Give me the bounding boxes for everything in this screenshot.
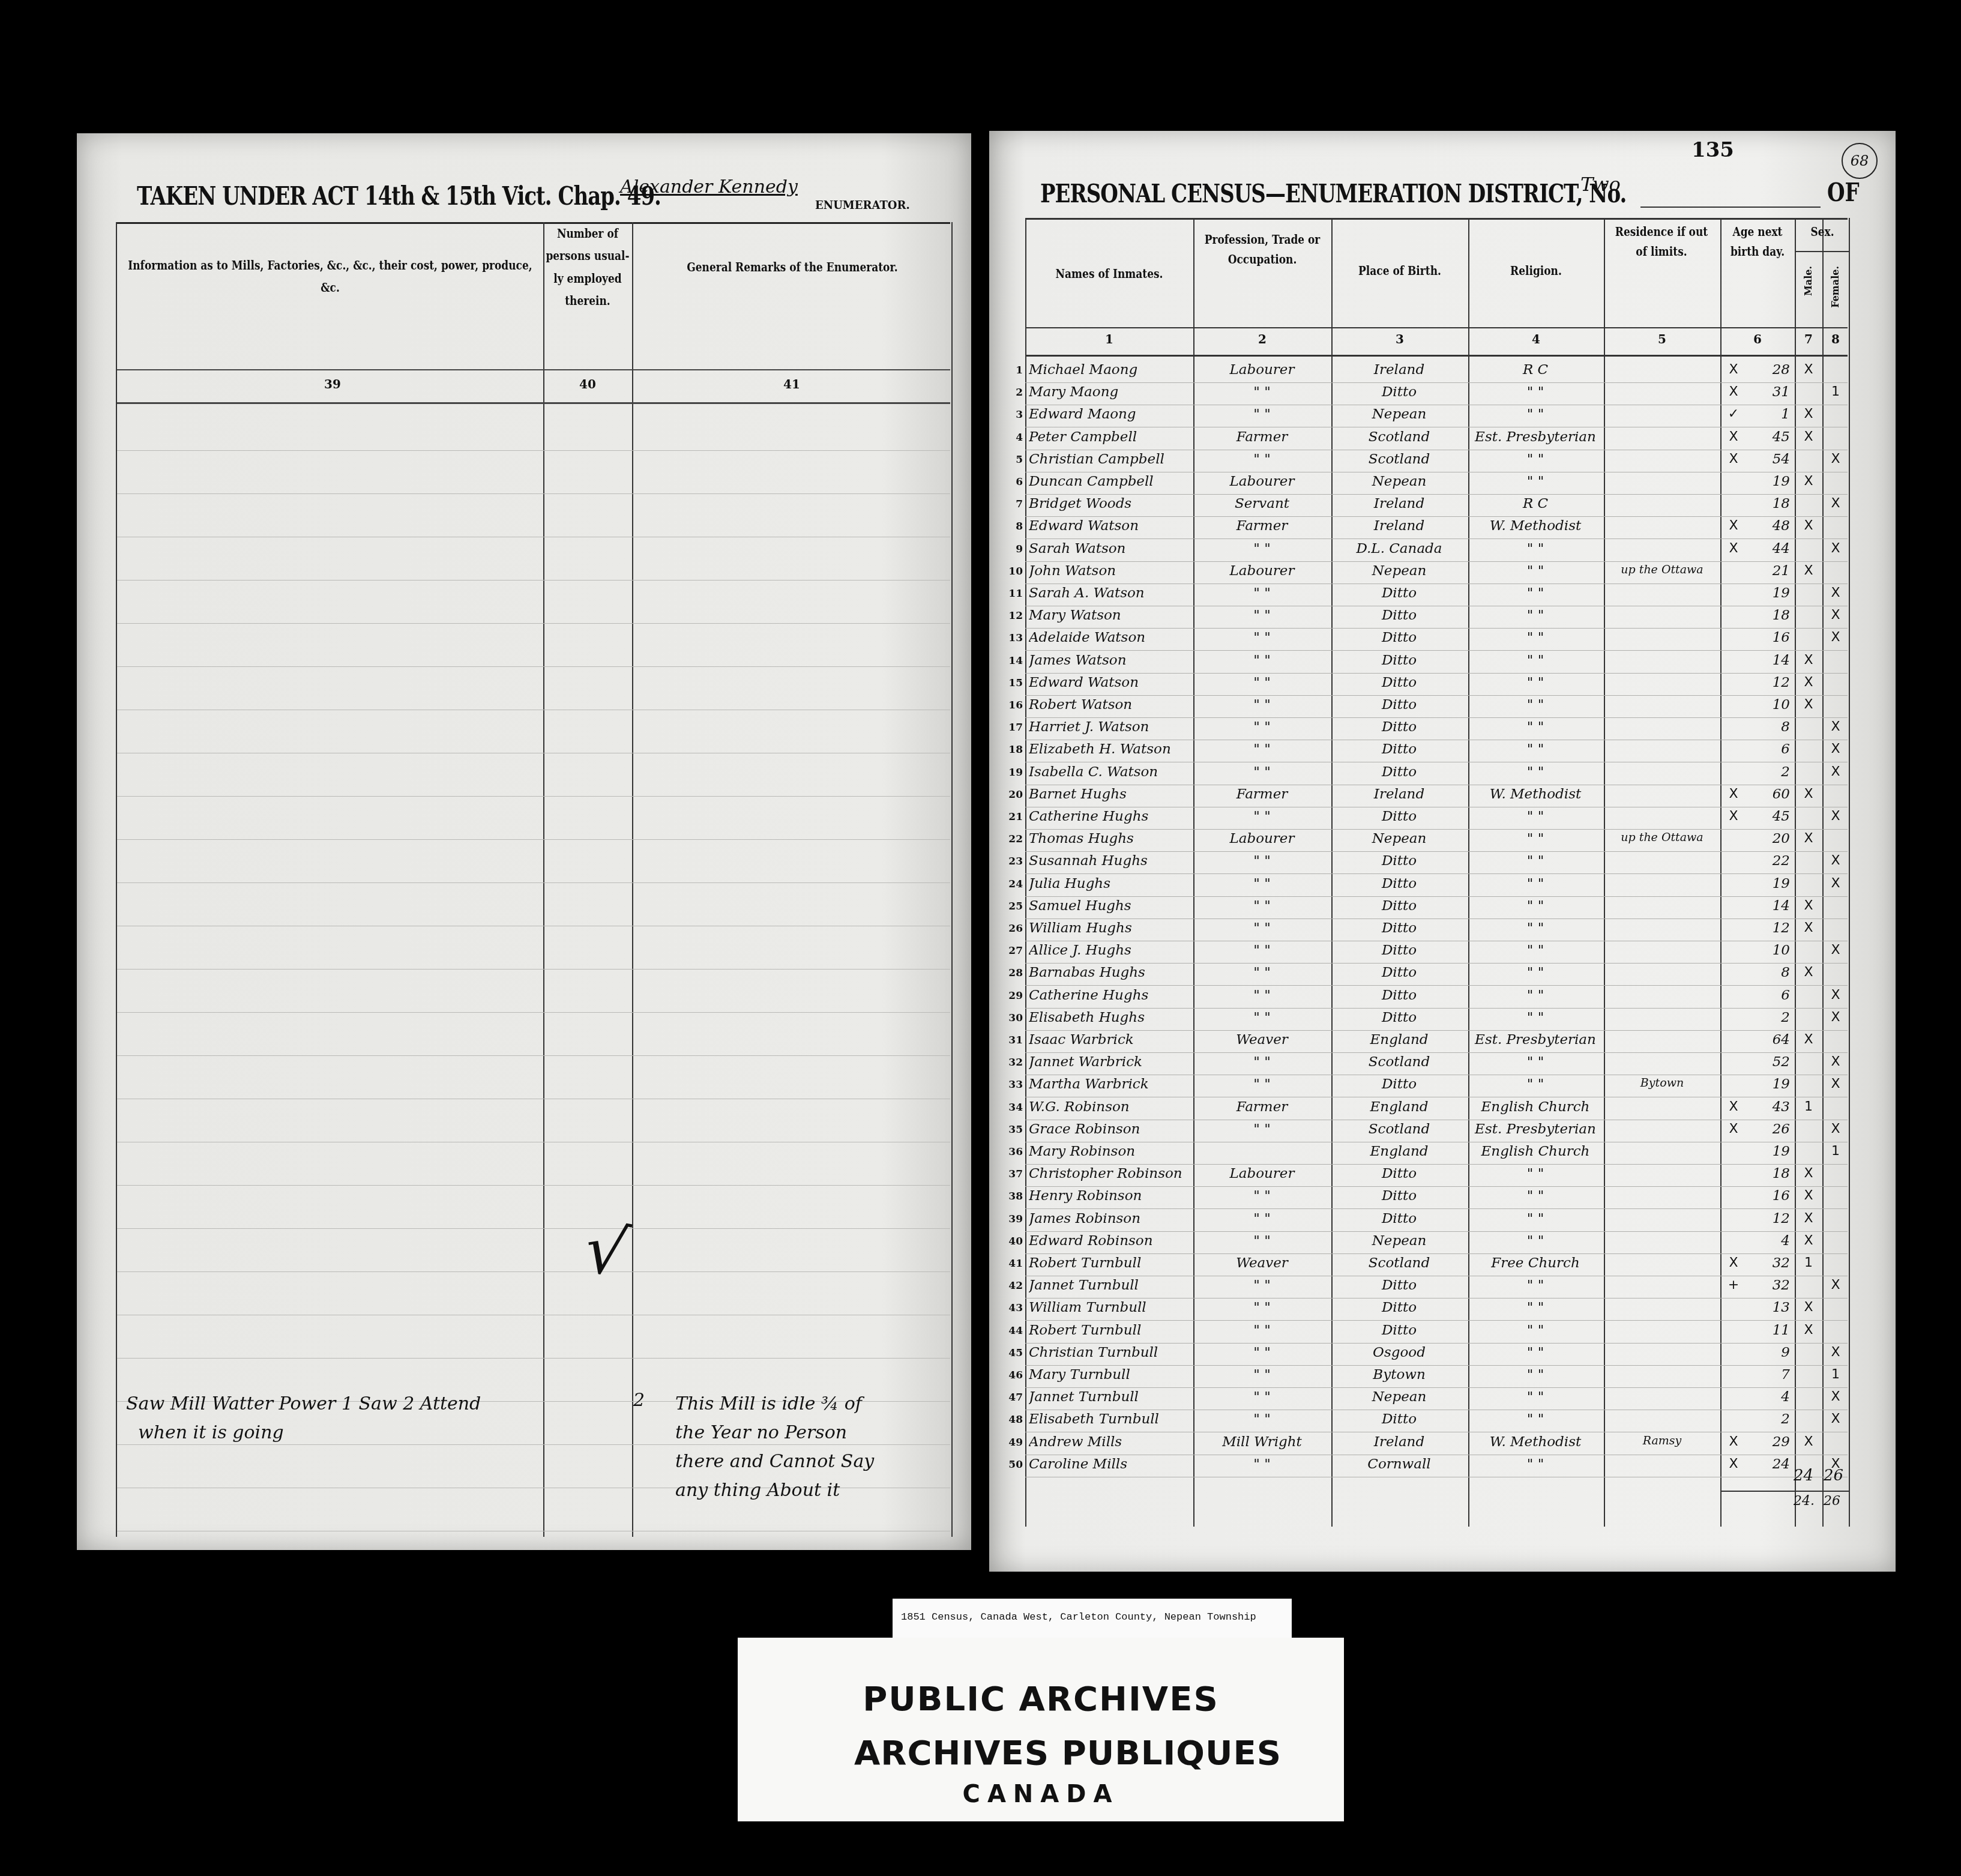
- female-mark: 1: [1822, 1144, 1849, 1159]
- row-number: 37: [1002, 1168, 1023, 1180]
- table-row: 3Edward Maong" "Nepean" "✓1X: [1025, 405, 1848, 427]
- occupation: " ": [1194, 1054, 1330, 1070]
- occupation: " ": [1194, 451, 1330, 467]
- birthplace: Ditto: [1333, 384, 1466, 400]
- religion: " ": [1469, 1411, 1601, 1427]
- birthplace: Ditto: [1333, 920, 1466, 936]
- column-header-sex: Sex.: [1797, 223, 1848, 243]
- religion: " ": [1469, 943, 1601, 958]
- inmate-name: William Turnbull: [1029, 1300, 1191, 1315]
- table-row: 42Jannet Turnbull" "Ditto" "+32X: [1025, 1276, 1848, 1298]
- birthplace: Ditto: [1333, 1277, 1466, 1293]
- inmate-name: Duncan Campbell: [1029, 474, 1191, 489]
- female-mark: X: [1822, 1054, 1849, 1069]
- birthplace: Nepean: [1333, 563, 1466, 579]
- birthplace: Nepean: [1333, 831, 1466, 846]
- persons-employed-value: 2: [633, 1390, 645, 1411]
- female-mark: X: [1822, 809, 1849, 824]
- header-rule: [1025, 327, 1848, 328]
- birthplace: Bytown: [1333, 1367, 1466, 1383]
- birthplace: Ditto: [1333, 1323, 1466, 1338]
- age: 16: [1746, 1188, 1794, 1204]
- inmate-name: Bridget Woods: [1029, 496, 1191, 511]
- female-mark: X: [1822, 1345, 1849, 1360]
- column-number-8: 8: [1822, 332, 1849, 346]
- mill-info-line: when it is going: [126, 1419, 481, 1447]
- religion: " ": [1469, 1456, 1601, 1472]
- female-mark: X: [1822, 451, 1849, 466]
- age: 18: [1746, 496, 1794, 511]
- occupation: " ": [1194, 853, 1330, 869]
- table-row: 26William Hughs" "Ditto" "12X: [1025, 919, 1848, 941]
- birthplace: Ireland: [1333, 496, 1466, 511]
- table-row: 14James Watson" "Ditto" "14X: [1025, 651, 1848, 674]
- birthplace: Ditto: [1333, 1010, 1466, 1025]
- inmate-name: Catherine Hughs: [1029, 988, 1191, 1003]
- female-mark: X: [1822, 1076, 1849, 1091]
- occupation: " ": [1194, 1277, 1330, 1293]
- row-number: 14: [1002, 655, 1023, 667]
- female-mark: X: [1822, 988, 1849, 1003]
- age: 45: [1746, 809, 1794, 824]
- table-row: 11Sarah A. Watson" "Ditto" "19X: [1025, 584, 1848, 606]
- inmate-name: Caroline Mills: [1029, 1456, 1191, 1472]
- age: 22: [1746, 853, 1794, 869]
- age: 4: [1746, 1233, 1794, 1249]
- row-number: 49: [1002, 1437, 1023, 1449]
- female-total-check: 26: [1824, 1494, 1840, 1509]
- religion: " ": [1469, 406, 1601, 422]
- birthplace: Ditto: [1333, 697, 1466, 713]
- row-number: 12: [1002, 610, 1023, 622]
- row-number: 48: [1002, 1414, 1023, 1426]
- birthplace: Ireland: [1333, 1434, 1466, 1450]
- row-number: 20: [1002, 789, 1023, 801]
- male-mark: X: [1795, 1233, 1822, 1248]
- age: 45: [1746, 429, 1794, 445]
- table-row: 6Duncan CampbellLabourerNepean" "19X: [1025, 472, 1848, 495]
- birthplace: Ditto: [1333, 1211, 1466, 1226]
- age: 24: [1746, 1456, 1794, 1472]
- column-number-7: 7: [1795, 332, 1822, 346]
- table-row: 8Edward WatsonFarmerIrelandW. MethodistX…: [1025, 517, 1848, 539]
- table-row: 40Edward Robinson" "Nepean" "4X: [1025, 1232, 1848, 1254]
- row-number: 23: [1002, 855, 1023, 867]
- row-number: 39: [1002, 1213, 1023, 1225]
- religion: " ": [1469, 1277, 1601, 1293]
- inmate-name: Mary Robinson: [1029, 1144, 1191, 1159]
- residence: Ramsy: [1605, 1434, 1719, 1447]
- occupation: " ": [1194, 988, 1330, 1003]
- age: 26: [1746, 1121, 1794, 1137]
- female-mark: X: [1822, 1277, 1849, 1292]
- column-header-birthplace: Place of Birth.: [1334, 262, 1465, 282]
- inmate-name: Barnabas Hughs: [1029, 965, 1191, 980]
- table-row: 9Sarah Watson" "D.L. Canada" "X44X: [1025, 540, 1848, 562]
- age: 12: [1746, 675, 1794, 690]
- inmate-name: Edward Watson: [1029, 518, 1191, 534]
- birthplace: Ditto: [1333, 809, 1466, 824]
- row-number: 8: [1002, 520, 1023, 532]
- birthplace: Nepean: [1333, 406, 1466, 422]
- female-mark: X: [1822, 741, 1849, 756]
- male-mark: X: [1795, 1032, 1822, 1047]
- table-row: 12Mary Watson" "Ditto" "18X: [1025, 606, 1848, 629]
- table-row: 33Martha Warbrick" "Ditto" "Bytown19X: [1025, 1075, 1848, 1097]
- table-row: 13Adelaide Watson" "Ditto" "16X: [1025, 629, 1848, 651]
- birthplace: Ireland: [1333, 518, 1466, 534]
- table-row: 4Peter CampbellFarmerScotlandEst. Presby…: [1025, 428, 1848, 450]
- page-number-circled: 68: [1842, 143, 1878, 179]
- occupation: Farmer: [1194, 786, 1330, 802]
- female-mark: X: [1822, 608, 1849, 623]
- religion: " ": [1469, 831, 1601, 846]
- row-number: 42: [1002, 1280, 1023, 1292]
- row-number: 50: [1002, 1459, 1023, 1471]
- column-header-occupation: Profession, Trade or Occupation.: [1199, 231, 1325, 270]
- inmate-name: Jannet Turnbull: [1029, 1277, 1191, 1293]
- age: 52: [1746, 1054, 1794, 1070]
- row-number: 5: [1002, 454, 1023, 466]
- religion: " ": [1469, 1211, 1601, 1226]
- age: 32: [1746, 1277, 1794, 1293]
- occupation: " ": [1194, 943, 1330, 958]
- occupation: Farmer: [1194, 1099, 1330, 1115]
- inmate-name: James Watson: [1029, 653, 1191, 668]
- religion: Est. Presbyterian: [1469, 1121, 1601, 1137]
- occupation: " ": [1194, 1367, 1330, 1383]
- table-row: 38Henry Robinson" "Ditto" "16X: [1025, 1187, 1848, 1209]
- religion: Free Church: [1469, 1255, 1601, 1271]
- table-row: 37Christopher RobinsonLabourerDitto" "18…: [1025, 1165, 1848, 1187]
- table-row: 21Catherine Hughs" "Ditto" "X45X: [1025, 807, 1848, 830]
- religion: " ": [1469, 630, 1601, 645]
- inmate-name: Edward Watson: [1029, 675, 1191, 690]
- age: 19: [1746, 585, 1794, 601]
- tally-mark: X: [1722, 429, 1746, 444]
- age: 12: [1746, 1211, 1794, 1226]
- religion: " ": [1469, 1367, 1601, 1383]
- age: 18: [1746, 608, 1794, 623]
- inmate-name: Thomas Hughs: [1029, 831, 1191, 846]
- table-top-rule: [117, 222, 950, 224]
- row-number: 21: [1002, 811, 1023, 823]
- religion: English Church: [1469, 1144, 1601, 1159]
- age: 13: [1746, 1300, 1794, 1315]
- birthplace: Nepean: [1333, 474, 1466, 489]
- age: 32: [1746, 1255, 1794, 1271]
- occupation: " ": [1194, 1211, 1330, 1226]
- tally-mark: X: [1722, 786, 1746, 801]
- male-mark: X: [1795, 429, 1822, 444]
- table-row: 17Harriet J. Watson" "Ditto" "8X: [1025, 718, 1848, 740]
- age: 19: [1746, 1144, 1794, 1159]
- remark-line: This Mill is idle ¾ of: [675, 1390, 874, 1419]
- tally-mark: X: [1722, 362, 1746, 377]
- female-total: 26: [1824, 1467, 1843, 1485]
- inmate-name: Robert Turnbull: [1029, 1323, 1191, 1338]
- male-mark: X: [1795, 786, 1822, 801]
- inmate-name: Jannet Warbrick: [1029, 1054, 1191, 1070]
- male-mark: X: [1795, 406, 1822, 421]
- row-number: 46: [1002, 1369, 1023, 1381]
- archive-line-french: ARCHIVES PUBLIQUES: [738, 1734, 1344, 1773]
- header-rule: [117, 369, 950, 370]
- religion: " ": [1469, 1323, 1601, 1338]
- male-mark: X: [1795, 898, 1822, 913]
- religion: " ": [1469, 1166, 1601, 1181]
- column-divider: [543, 222, 544, 1537]
- enumerator-name: Alexander Kennedy: [620, 176, 798, 198]
- column-number-39: 39: [324, 377, 341, 391]
- row-number: 25: [1002, 900, 1023, 912]
- female-mark: X: [1822, 876, 1849, 891]
- table-row: 19Isabella C. Watson" "Ditto" "2X: [1025, 763, 1848, 785]
- age: 29: [1746, 1434, 1794, 1450]
- table-top-rule: [1025, 218, 1848, 220]
- occupation: " ": [1194, 741, 1330, 757]
- age: 44: [1746, 541, 1794, 556]
- header-rule-bottom: [1025, 355, 1848, 357]
- birthplace: Ditto: [1333, 675, 1466, 690]
- inmate-name: Mary Watson: [1029, 608, 1191, 623]
- table-row: 43William Turnbull" "Ditto" "13X: [1025, 1298, 1848, 1321]
- right-page: 135 68 PERSONAL CENSUS—ENUMERATION DISTR…: [989, 131, 1896, 1572]
- column-header-remarks: General Remarks of the Enumerator.: [639, 257, 945, 279]
- table-row: 44Robert Turnbull" "Ditto" "11X: [1025, 1321, 1848, 1344]
- inmate-name: Barnet Hughs: [1029, 786, 1191, 802]
- table-row: 50Caroline Mills" "Cornwall" "X24X: [1025, 1455, 1848, 1477]
- table-row: 2Mary Maong" "Ditto" "X311: [1025, 383, 1848, 405]
- birthplace: Ireland: [1333, 362, 1466, 378]
- column-number-6: 6: [1720, 332, 1795, 346]
- birthplace: Scotland: [1333, 451, 1466, 467]
- table-row: 18Elizabeth H. Watson" "Ditto" "6X: [1025, 740, 1848, 762]
- religion: " ": [1469, 898, 1601, 914]
- birthplace: England: [1333, 1032, 1466, 1048]
- occupation: Weaver: [1194, 1255, 1330, 1271]
- inmate-name: William Hughs: [1029, 920, 1191, 936]
- inmate-name: Henry Robinson: [1029, 1188, 1191, 1204]
- left-page: TAKEN UNDER ACT 14th & 15th Vict. Chap. …: [77, 133, 971, 1550]
- birthplace: Scotland: [1333, 1121, 1466, 1137]
- female-mark: X: [1822, 853, 1849, 868]
- column-number-4: 4: [1468, 332, 1604, 346]
- religion: " ": [1469, 965, 1601, 980]
- tally-mark: X: [1722, 518, 1746, 533]
- religion: R C: [1469, 496, 1601, 511]
- age: 8: [1746, 965, 1794, 980]
- table-row: 5Christian Campbell" "Scotland" "X54X: [1025, 450, 1848, 472]
- inmate-name: John Watson: [1029, 563, 1191, 579]
- inmate-name: Edward Maong: [1029, 406, 1191, 422]
- occupation: " ": [1194, 1076, 1330, 1092]
- occupation: " ": [1194, 384, 1330, 400]
- male-mark: X: [1795, 1211, 1822, 1226]
- row-number: 40: [1002, 1235, 1023, 1247]
- column-number-1: 1: [1025, 332, 1193, 346]
- table-row: 34W.G. RobinsonFarmerEnglandEnglish Chur…: [1025, 1098, 1848, 1120]
- birthplace: Ditto: [1333, 1411, 1466, 1427]
- age: 4: [1746, 1389, 1794, 1405]
- table-row: 31Isaac WarbrickWeaverEnglandEst. Presby…: [1025, 1031, 1848, 1053]
- table-row: 30Elisabeth Hughs" "Ditto" "2X: [1025, 1009, 1848, 1031]
- religion: " ": [1469, 1300, 1601, 1315]
- inmate-name: Mary Turnbull: [1029, 1367, 1191, 1383]
- religion: " ": [1469, 853, 1601, 869]
- birthplace: Ditto: [1333, 965, 1466, 980]
- age: 10: [1746, 943, 1794, 958]
- column-header-religion: Religion.: [1471, 262, 1601, 282]
- tally-mark: X: [1722, 451, 1746, 466]
- age: 43: [1746, 1099, 1794, 1115]
- inmate-name: James Robinson: [1029, 1211, 1191, 1226]
- inmate-name: Elizabeth H. Watson: [1029, 741, 1191, 757]
- male-mark: 1: [1795, 1099, 1822, 1114]
- table-row: 27Allice J. Hughs" "Ditto" "10X: [1025, 941, 1848, 964]
- female-mark: X: [1822, 1010, 1849, 1025]
- residence: up the Ottawa: [1605, 831, 1719, 844]
- occupation: Labourer: [1194, 1166, 1330, 1181]
- inmate-name: Elisabeth Hughs: [1029, 1010, 1191, 1025]
- row-number: 41: [1002, 1258, 1023, 1270]
- table-row: 20Barnet HughsFarmerIrelandW. MethodistX…: [1025, 785, 1848, 807]
- religion: " ": [1469, 697, 1601, 713]
- occupation: " ": [1194, 1010, 1330, 1025]
- religion: " ": [1469, 653, 1601, 668]
- inmate-name: Andrew Mills: [1029, 1434, 1191, 1450]
- row-number: 13: [1002, 632, 1023, 644]
- age: 11: [1746, 1323, 1794, 1338]
- tally-mark: ✓: [1722, 406, 1746, 421]
- totals-rule: [1720, 1491, 1849, 1492]
- age: 12: [1746, 920, 1794, 936]
- table-row: 28Barnabas Hughs" "Ditto" "8X: [1025, 964, 1848, 986]
- age: 6: [1746, 988, 1794, 1003]
- inmate-name: Adelaide Watson: [1029, 630, 1191, 645]
- mill-info-line: Saw Mill Watter Power 1 Saw 2 Attend: [126, 1390, 481, 1419]
- occupation: " ": [1194, 541, 1330, 556]
- row-number: 45: [1002, 1347, 1023, 1359]
- occupation: " ": [1194, 653, 1330, 668]
- table-row: 7Bridget WoodsServantIrelandR C18X: [1025, 495, 1848, 517]
- male-mark: X: [1795, 675, 1822, 690]
- female-mark: 1: [1822, 1367, 1849, 1382]
- male-mark: X: [1795, 920, 1822, 935]
- row-number: 9: [1002, 543, 1023, 555]
- age: 20: [1746, 831, 1794, 846]
- occupation: Farmer: [1194, 429, 1330, 445]
- table-row: 23Susannah Hughs" "Ditto" "22X: [1025, 852, 1848, 874]
- religion: " ": [1469, 451, 1601, 467]
- occupation: " ": [1194, 1121, 1330, 1137]
- occupation: " ": [1194, 585, 1330, 601]
- inmate-name: Robert Watson: [1029, 697, 1191, 713]
- table-row: 25Samuel Hughs" "Ditto" "14X: [1025, 897, 1848, 919]
- female-mark: X: [1822, 630, 1849, 645]
- birthplace: Ditto: [1333, 1300, 1466, 1315]
- archive-caption: 1851 Census, Canada West, Carleton Count…: [893, 1599, 1292, 1638]
- table-row: 49Andrew MillsMill WrightIrelandW. Metho…: [1025, 1433, 1848, 1455]
- religion: R C: [1469, 362, 1601, 378]
- occupation: Weaver: [1194, 1032, 1330, 1048]
- row-number: 44: [1002, 1325, 1023, 1337]
- occupation: Labourer: [1194, 362, 1330, 378]
- age: 1: [1746, 406, 1794, 422]
- occupation: " ": [1194, 406, 1330, 422]
- birthplace: Ditto: [1333, 943, 1466, 958]
- occupation: Labourer: [1194, 831, 1330, 846]
- row-number: 29: [1002, 990, 1023, 1002]
- religion: Est. Presbyterian: [1469, 429, 1601, 445]
- inmate-name: Christopher Robinson: [1029, 1166, 1191, 1181]
- row-number: 27: [1002, 945, 1023, 957]
- remark-line: there and Cannot Say: [675, 1447, 874, 1476]
- inmate-name: Harriet J. Watson: [1029, 719, 1191, 735]
- female-mark: X: [1822, 719, 1849, 734]
- birthplace: Ditto: [1333, 1188, 1466, 1204]
- header-rule-bottom: [117, 402, 950, 404]
- religion: " ": [1469, 474, 1601, 489]
- age: 8: [1746, 719, 1794, 735]
- age: 18: [1746, 1166, 1794, 1181]
- residence: Bytown: [1605, 1076, 1719, 1090]
- birthplace: Ditto: [1333, 898, 1466, 914]
- occupation: Farmer: [1194, 518, 1330, 534]
- row-number: 15: [1002, 677, 1023, 689]
- birthplace: Ireland: [1333, 786, 1466, 802]
- male-mark: X: [1795, 518, 1822, 533]
- birthplace: Osgood: [1333, 1345, 1466, 1360]
- religion: W. Methodist: [1469, 1434, 1601, 1450]
- table-row: 46Mary Turnbull" "Bytown" "71: [1025, 1366, 1848, 1388]
- table-row: 36Mary RobinsonEnglandEnglish Church191: [1025, 1142, 1848, 1165]
- religion: " ": [1469, 1345, 1601, 1360]
- male-mark: X: [1795, 831, 1822, 846]
- occupation: " ": [1194, 898, 1330, 914]
- religion: " ": [1469, 608, 1601, 623]
- remark-line: the Year no Person: [675, 1419, 874, 1447]
- district-number: Two: [1580, 173, 1621, 196]
- birthplace: Nepean: [1333, 1389, 1466, 1405]
- check-mark-icon: √: [579, 1210, 633, 1292]
- male-mark: X: [1795, 653, 1822, 668]
- birthplace: Ditto: [1333, 653, 1466, 668]
- religion: " ": [1469, 719, 1601, 735]
- age: 64: [1746, 1032, 1794, 1048]
- occupation: Labourer: [1194, 474, 1330, 489]
- occupation: " ": [1194, 920, 1330, 936]
- census-table: Names of Inmates. Profession, Trade or O…: [1025, 218, 1848, 1527]
- occupation: " ": [1194, 608, 1330, 623]
- inmate-name: Samuel Hughs: [1029, 898, 1191, 914]
- occupation: " ": [1194, 809, 1330, 824]
- sex-subheader-rule: [1795, 251, 1849, 252]
- table-row: 47Jannet Turnbull" "Nepean" "4X: [1025, 1388, 1848, 1410]
- occupation: " ": [1194, 630, 1330, 645]
- religion: Est. Presbyterian: [1469, 1032, 1601, 1048]
- row-number: 19: [1002, 767, 1023, 779]
- table-row: 41Robert TurnbullWeaverScotlandFree Chur…: [1025, 1254, 1848, 1276]
- occupation: " ": [1194, 1188, 1330, 1204]
- religion: " ": [1469, 920, 1601, 936]
- occupation: " ": [1194, 1323, 1330, 1338]
- birthplace: Cornwall: [1333, 1456, 1466, 1472]
- age: 19: [1746, 474, 1794, 489]
- religion: " ": [1469, 541, 1601, 556]
- age: 60: [1746, 786, 1794, 802]
- female-mark: X: [1822, 1121, 1849, 1136]
